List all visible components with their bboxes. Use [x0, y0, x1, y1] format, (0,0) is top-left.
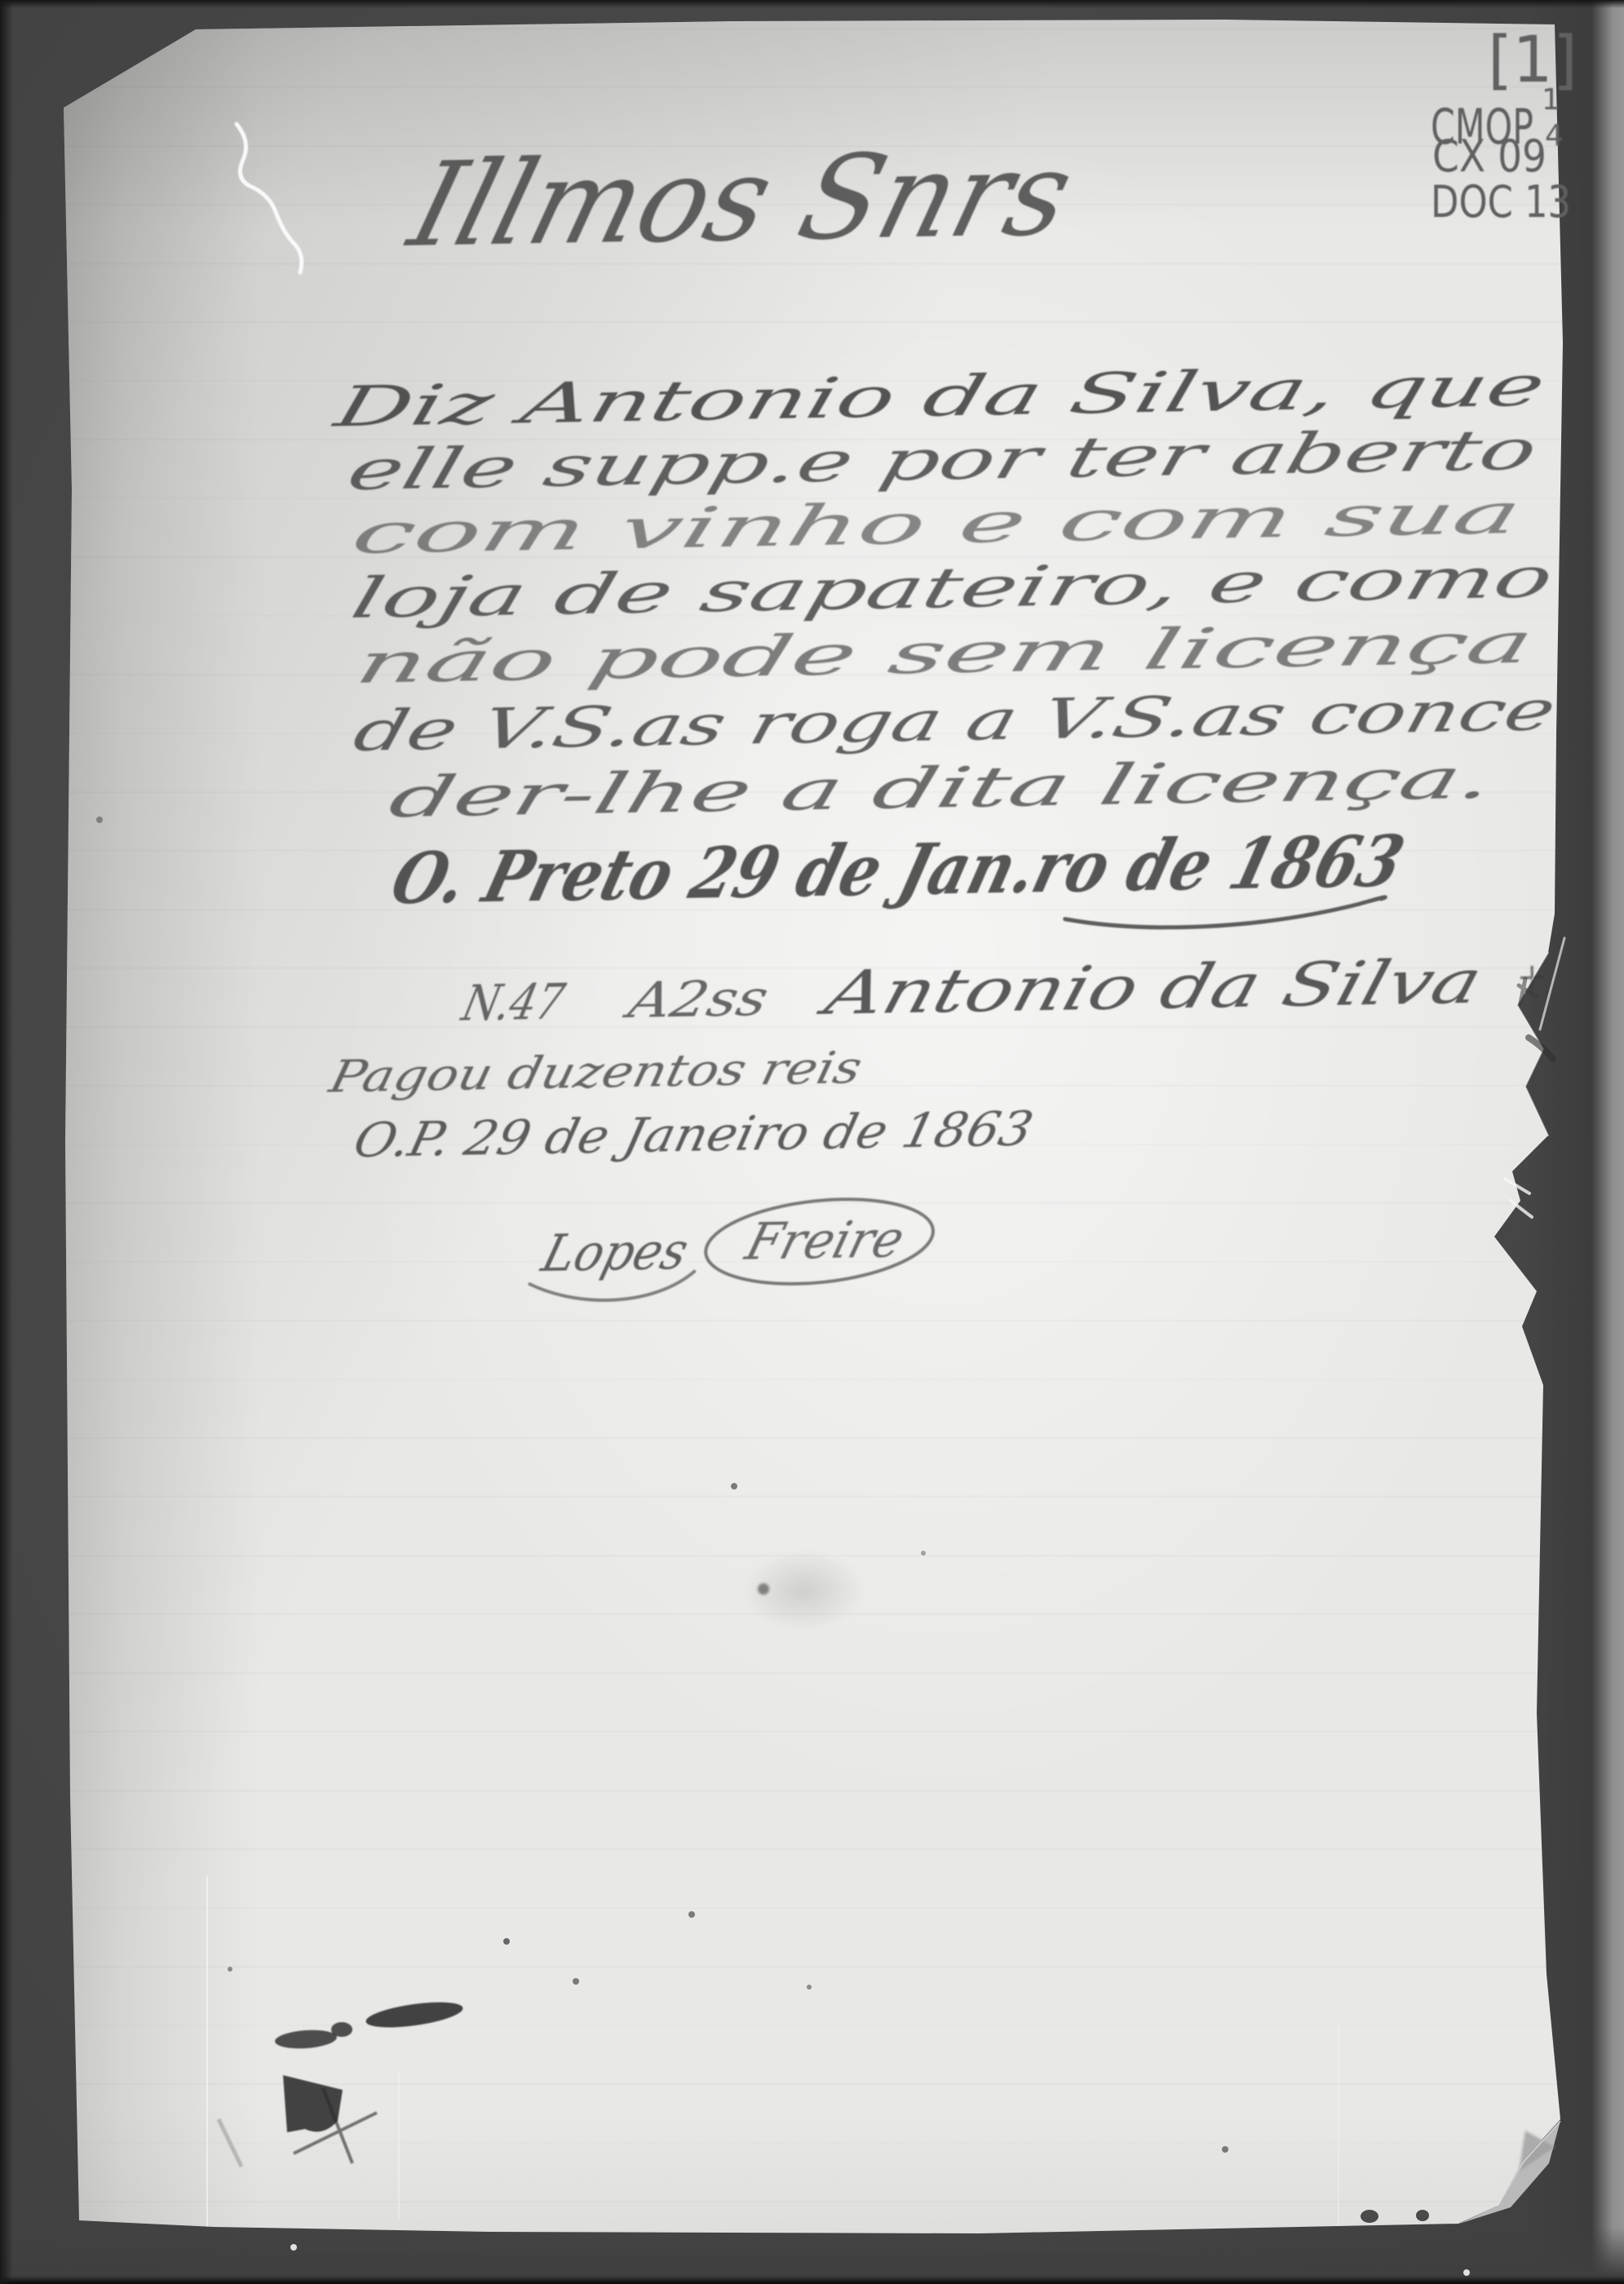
paper-crease-line: [1338, 2023, 1339, 2227]
faint-ruled-lines: [0, 0, 1624, 2284]
scanner-background: [1] CMOP 1 4 CX 09 DOC 13 Illmos Snrs Di…: [0, 0, 1624, 2284]
document-page: [0, 0, 1624, 2284]
white-speck: [1463, 2269, 1470, 2276]
paper-crease-line: [398, 2072, 400, 2219]
paper-stain: [718, 1534, 889, 1648]
white-speck: [290, 2244, 297, 2251]
paper-crease-line: [206, 1876, 208, 2233]
